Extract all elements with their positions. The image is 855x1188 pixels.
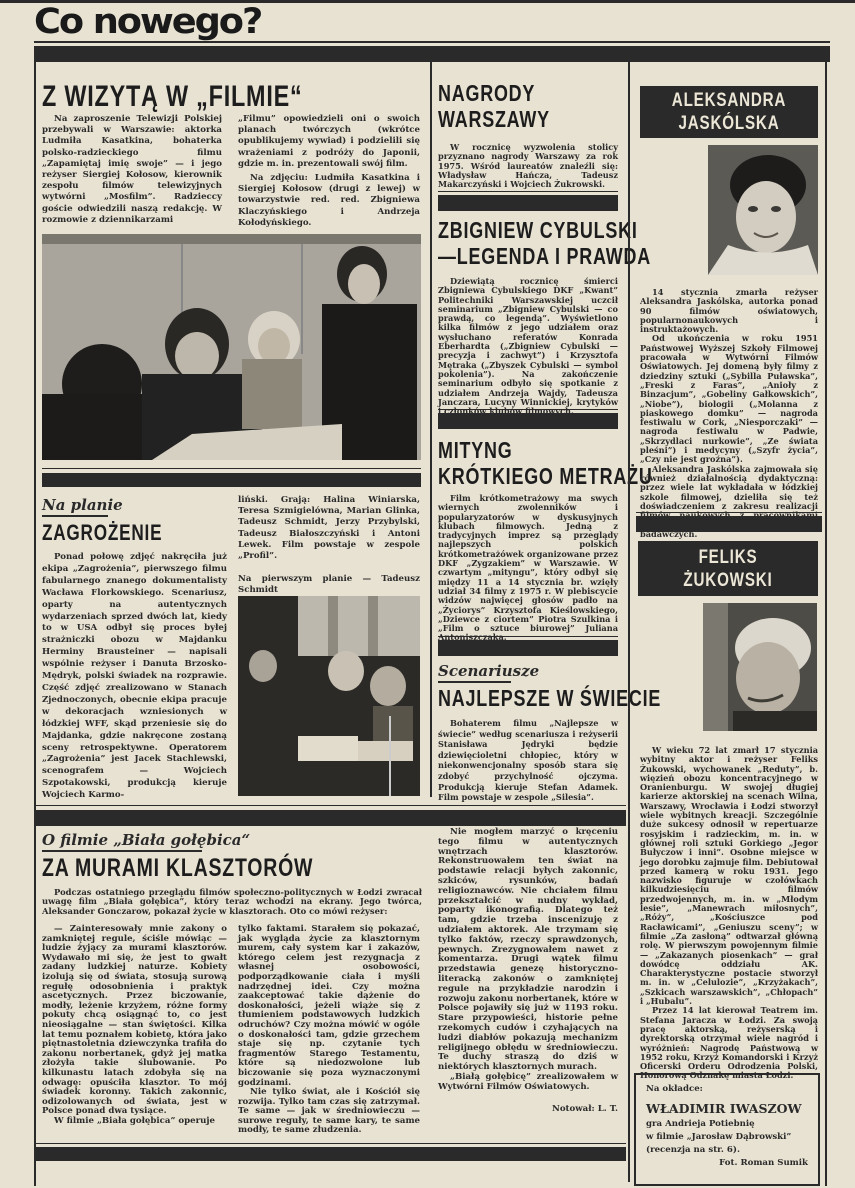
right-frame-rule <box>825 46 827 1186</box>
headline-zagrozenie: ZAGROŻENIE <box>42 521 162 545</box>
divider <box>636 512 822 513</box>
section-bar <box>34 46 830 62</box>
section-bar <box>438 413 618 429</box>
name-box-zukowski: FELIKS ŻUKOWSKI <box>638 541 818 596</box>
klasztory-text-col3: Nie mogłem marzyć o kręceniu tego filmu … <box>438 828 618 1114</box>
group-at-table-photo <box>42 234 421 460</box>
kicker-na-planie: Na planie <box>42 496 108 517</box>
section-bar <box>42 473 421 487</box>
cover-line: gra Andrieja Potiebnię <box>646 1118 808 1131</box>
column-rule <box>430 62 432 797</box>
cybulski-text: Dziewiątą rocznicę śmierci Zbigniewa Cyb… <box>438 277 618 416</box>
divider <box>36 1143 626 1144</box>
jaskolska-text: 14 stycznia zmarła reżyser Aleksandra Ja… <box>640 288 818 539</box>
kicker-scenariusze: Scenariusze <box>438 662 511 683</box>
cover-actor-name: WŁADIMIR IWASZOW <box>646 1100 808 1118</box>
cover-label: Na okładce: <box>646 1083 808 1096</box>
section-bar <box>438 640 618 656</box>
cover-line: w filmie „Jarosław Dąbrowski” <box>646 1131 808 1144</box>
name-box-jaskolska: ALEKSANDRA JASKÓLSKA <box>640 86 818 138</box>
najlepsze-text: Bohaterem filmu „Najlepsze w świecie” we… <box>438 718 618 803</box>
kicker-biala-golebica: O filmie „Biała gołębica“ <box>42 831 202 852</box>
klasztory-text-col1: — Zainteresowały mnie zakony o zamknięte… <box>42 925 227 1126</box>
klasztory-text-col2: tylko faktami. Starałem się pokazać, jak… <box>238 925 420 1136</box>
divider <box>438 191 618 192</box>
klasztory-lead: Podczas ostatniego przeglądu filmów społ… <box>42 888 422 916</box>
mityng-text: Film krótkometrażowy ma swych wiernych z… <box>438 494 618 643</box>
courtroom-scene-photo <box>238 596 420 796</box>
column-rule <box>628 62 630 1182</box>
left-frame-rule <box>34 46 36 1186</box>
cover-line: (recenzja na str. 6). <box>646 1144 808 1157</box>
wizyta-text-col1: Na zaproszenie Telewizji Polskiej przeby… <box>42 114 222 226</box>
wizyta-text-col2: „Filmu” opowiedzieli oni o swoich planac… <box>238 114 420 229</box>
masthead-title: Co nowego? <box>34 2 261 42</box>
masthead-rule <box>34 41 830 43</box>
divider <box>42 468 421 469</box>
headline-wizyta: Z WIZYTĄ W „FILMIE“ <box>42 80 302 113</box>
zagrozenie-text-col2: liński. Grają: Halina Winiarska, Teresa … <box>238 495 420 597</box>
zagrozenie-text-col1: Ponad połowę zdjęć nakręciła już ekipa „… <box>42 552 227 802</box>
section-bar <box>438 195 618 211</box>
section-bar <box>36 1147 626 1161</box>
section-bar <box>636 516 822 532</box>
headline-mityng: MITYNG KRÓTKIEGO METRAŻU <box>438 437 653 489</box>
portrait-aleksandra-jaskolska <box>708 145 818 275</box>
section-bar <box>36 810 626 826</box>
headline-klasztory: ZA MURAMI KLASZTORÓW <box>42 855 313 883</box>
divider <box>438 409 618 410</box>
zukowski-text: W wieku 72 lat zmarł 17 stycznia wybitny… <box>640 746 818 1081</box>
headline-nagrody: NAGRODY WARSZAWY <box>438 80 550 132</box>
headline-cybulski: ZBIGNIEW CYBULSKI —LEGENDA I PRAWDA <box>438 217 651 269</box>
nagrody-text: W rocznicę wyzwolenia stolicy przyznano … <box>438 143 618 189</box>
cover-info-box: Na okładce: WŁADIMIR IWASZOW gra Andriej… <box>634 1073 820 1186</box>
photo-credit: Fot. Roman Sumik <box>646 1157 808 1170</box>
portrait-feliks-zukowski <box>703 603 817 731</box>
divider <box>36 805 626 806</box>
divider <box>438 636 618 637</box>
